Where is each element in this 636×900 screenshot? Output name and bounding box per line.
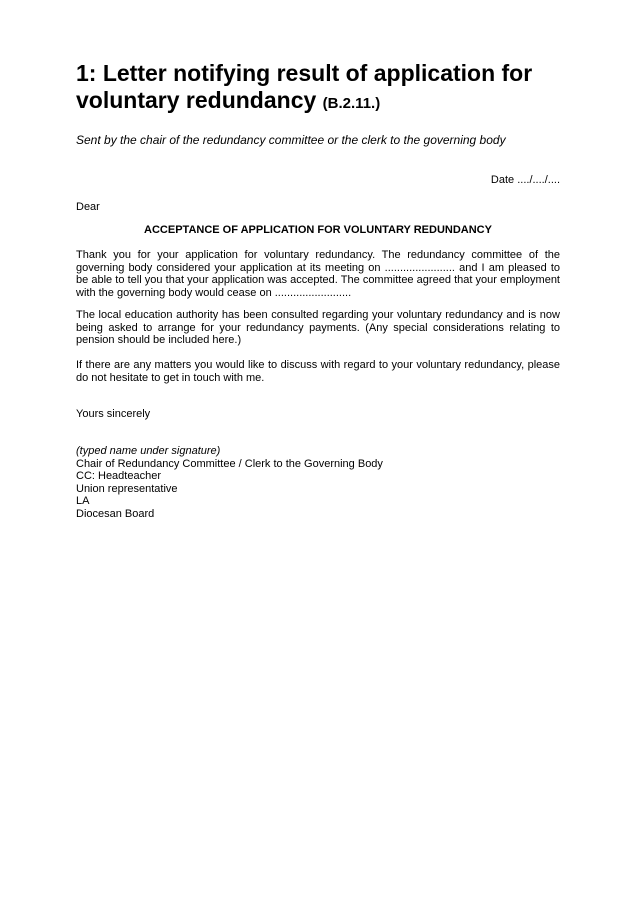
date-line: Date ..../..../.... [491, 174, 560, 186]
signatory-role: Chair of Redundancy Committee / Clerk to… [76, 458, 383, 471]
cc-item: Union representative [76, 483, 383, 496]
page-title: 1: Letter notifying result of applicatio… [76, 60, 576, 117]
cc-item: LA [76, 495, 383, 508]
closing: Yours sincerely [76, 408, 150, 420]
title-main: 1: Letter notifying result of applicatio… [76, 60, 532, 113]
letter-heading: ACCEPTANCE OF APPLICATION FOR VOLUNTARY … [76, 224, 560, 236]
signature-block: (typed name under signature) Chair of Re… [76, 445, 383, 521]
title-reference: (B.2.11.) [323, 95, 381, 112]
cc-line: CC: Headteacher [76, 470, 383, 483]
paragraph-3: If there are any matters you would like … [76, 359, 560, 384]
paragraph-1: Thank you for your application for volun… [76, 249, 560, 299]
typed-name-note: (typed name under signature) [76, 445, 383, 458]
salutation: Dear [76, 201, 100, 213]
subtitle: Sent by the chair of the redundancy comm… [76, 133, 506, 147]
document-page: 1: Letter notifying result of applicatio… [0, 0, 636, 900]
paragraph-2: The local education authority has been c… [76, 309, 560, 347]
cc-item: Diocesan Board [76, 508, 383, 521]
